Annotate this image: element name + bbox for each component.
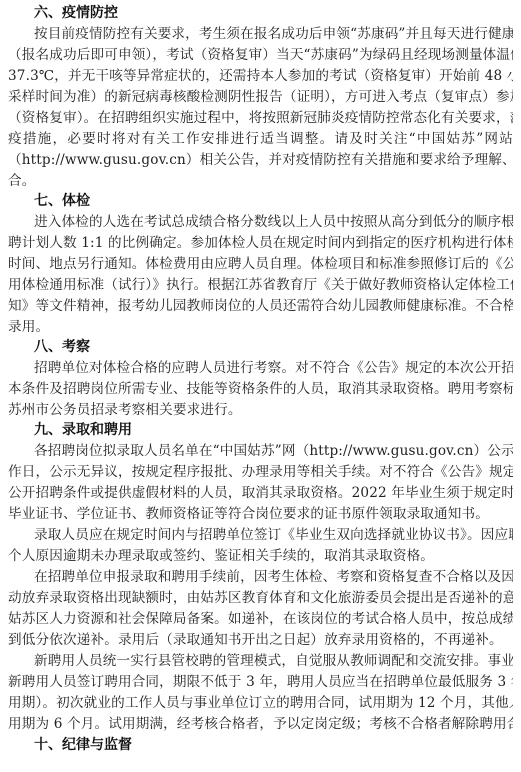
section-heading-inspection: 八、考察 — [34, 337, 90, 357]
paragraph-line: 动放弃录取资格出现缺额时，由姑苏区教育体育和文化旅游委员会提出是否递补的意见，报 — [8, 588, 513, 608]
paragraph-line: 作日，公示无异议，按规定程序报批、办理录用等相关手续。对不符合《公告》规定的本次 — [8, 462, 513, 482]
paragraph-line: 招聘单位对体检合格的应聘人员进行考察。对不符合《公告》规定的本次公开招聘的基 — [34, 358, 513, 378]
paragraph-line: 公开招聘条件或提供虚假材料的人员，取消其录取资格。2022 年毕业生须于规定时间… — [8, 483, 513, 503]
paragraph-line: （资格复审）。在招聘组织实施过程中，将按照新冠肺炎疫情防控常态化有关要求，落实防 — [8, 108, 513, 128]
paragraph-line: 姑苏区人力资源和社会保障局备案。如递补，在该岗位的考试合格人员中，按总成绩从高分 — [8, 609, 513, 629]
paragraph-line: 按目前疫情防控有关要求，考生须在报名成功后申领“苏康码”并且每天进行健康申报 — [34, 24, 513, 44]
paragraph-line: 采样时间为准）的新冠病毒核酸检测阴性报告（证明），方可进入考点（复审点）参加考试 — [8, 87, 513, 107]
section-heading-physical-exam: 七、体检 — [34, 191, 90, 211]
paragraph-line: 进入体检的人选在考试总成绩合格分数线以上人员中按照从高分到低分的顺序根据招 — [34, 212, 513, 232]
paragraph-line: （报名成功后即可申领），考试（资格复审）当天“苏康码”为绿码且经现场测量体温低于 — [8, 45, 513, 65]
paragraph-line: 用期）。初次就业的工作人员与事业单位订立的聘用合同，试用期为 12 个月，其他人… — [8, 693, 513, 713]
paragraph-line: 37.3℃，并无干咳等异常症状的，还需持本人参加的考试（资格复审）开始前 48 … — [8, 66, 513, 86]
paragraph-line: 聘计划人数 1:1 的比例确定。参加体检人员在规定时间内到指定的医疗机构进行体检… — [8, 233, 513, 253]
paragraph-line: 在招聘单位申报录取和聘用手续前，因考生体检、考察和资格复查不合格以及因考生自 — [34, 567, 513, 587]
paragraph-line: 录用。 — [8, 317, 513, 337]
paragraph-line: 到低分依次递补。录用后（录取通知书开出之日起）放弃录用资格的，不再递补。 — [8, 630, 513, 650]
paragraph-line: 时间、地点另行通知。体检费用由应聘人员自理。体检项目和标准参照修订后的《公务员录 — [8, 254, 513, 274]
section-heading-epidemic-control: 六、疫情防控 — [34, 3, 118, 23]
paragraph-line: 毕业证书、学位证书、教师资格证等符合岗位要求的证书原件领取录取通知书。 — [8, 504, 513, 524]
paragraph-line: 苏州市公务员招录考察相关要求进行。 — [8, 400, 513, 420]
document-page: 六、疫情防控 按目前疫情防控有关要求，考生须在报名成功后申领“苏康码”并且每天进… — [0, 0, 521, 772]
section-heading-admission-employment: 九、录取和聘用 — [34, 420, 132, 440]
paragraph-line: 录取人员应在规定时间内与招聘单位签订《毕业生双向选择就业协议书》。因应聘人员 — [34, 525, 513, 545]
section-heading-discipline-supervision: 十、纪律与监督 — [34, 735, 132, 755]
paragraph-line: （http://www.gusu.gov.cn）相关公告，并对疫情防控有关措施和… — [8, 150, 513, 170]
paragraph-line: 本条件及招聘岗位所需专业、技能等资格条件的人员，取消其录取资格。聘用考察标准参照 — [8, 379, 513, 399]
paragraph-line: 合。 — [8, 171, 513, 191]
paragraph-line: 疫措施，必要时将对有关工作安排进行适当调整。请及时关注“中国姑苏”网站 — [8, 129, 513, 149]
paragraph-line: 新聘用人员统一实行县管校聘的管理模式，自觉服从教师调配和交流安排。事业单位与 — [34, 651, 513, 671]
paragraph-line: 用期为 6 个月。试用期满，经考核合格者，予以定岗定级；考核不合格者解除聘用合同… — [8, 714, 513, 734]
paragraph-line: 知》等文件精神，报考幼儿园教师岗位的人员还需符合幼儿园教师健康标准。不合格者不予 — [8, 296, 513, 316]
paragraph-line: 各招聘岗位拟录取人员名单在“中国姑苏”网（http://www.gusu.gov… — [34, 441, 513, 461]
paragraph-line: 新聘用人员签订聘用合同，期限不低于 3 年，聘用人员应当在招聘单位最低服务 3 … — [8, 672, 513, 692]
paragraph-line: 个人原因逾期未办理录取或签约、鉴证相关手续的，取消其录取资格。 — [8, 546, 513, 566]
paragraph-line: 用体检通用标准（试行）》执行。根据江苏省教育厅《关于做好教师资格认定体检工作的通 — [8, 275, 513, 295]
